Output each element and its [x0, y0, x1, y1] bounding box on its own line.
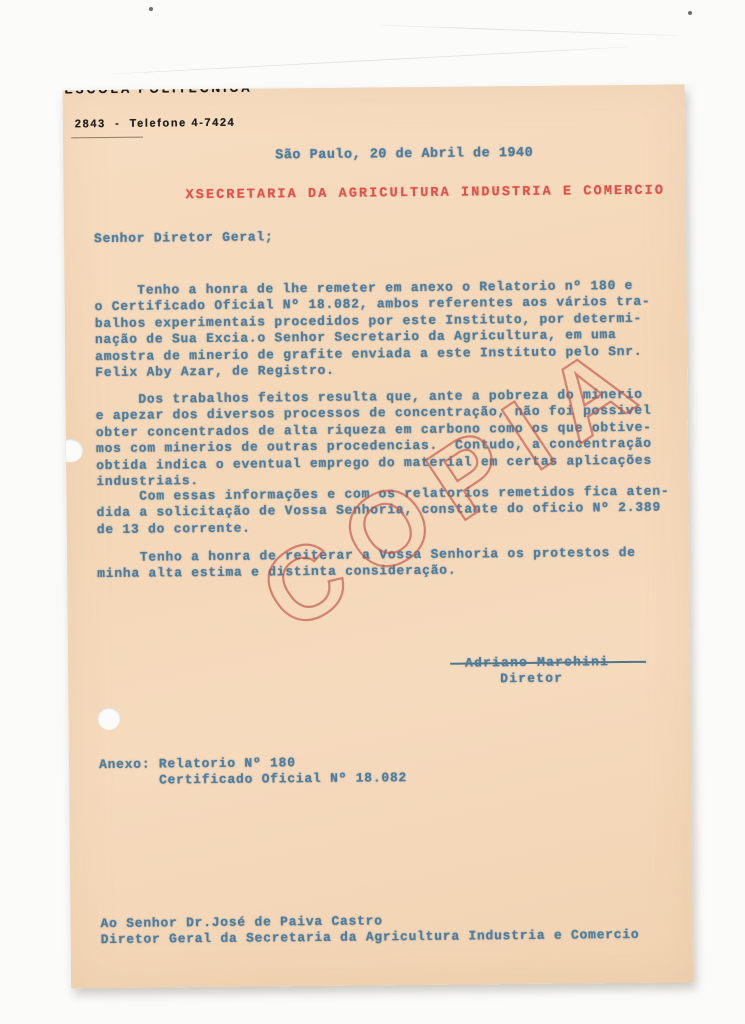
scanned-letter-page: ESCOLA POLITECNICA 2843 - Telefone 4-742… [63, 84, 694, 988]
body-paragraph-2: Dos trabalhos feitos resulta que, ante a… [95, 387, 652, 491]
letterhead-underline [71, 137, 143, 139]
salutation: Senhor Diretor Geral; [94, 229, 274, 247]
letterhead: ESCOLA POLITECNICA [65, 89, 253, 99]
scanner-streak [380, 25, 680, 36]
addressee-block: Ao Senhor Dr.José de Paiva Castro Direto… [100, 911, 639, 949]
punch-hole [97, 707, 120, 730]
letterhead-phone: 2843 - Telefone 4-7424 [75, 117, 236, 131]
punch-hole [63, 438, 84, 462]
date-line: São Paulo, 20 de Abril de 1940 [275, 146, 533, 165]
subject-heading: XSECRETARIA DA AGRICULTURA INDUSTRIA E C… [186, 184, 666, 204]
scanner-speck [688, 11, 692, 15]
body-paragraph-3: Com essas informações e com os relatorio… [96, 484, 669, 539]
body-paragraph-1: Tenho a honra de lhe remeter em anexo o … [94, 278, 651, 382]
signature-name: Adriano Marchini [465, 654, 609, 672]
letterhead-institution: ESCOLA POLITECNICA [65, 89, 253, 97]
scanner-streak [110, 46, 629, 74]
scanner-speck [149, 7, 153, 11]
body-paragraph-4: Tenho a honra de reiterar a Vossa Senhor… [97, 545, 636, 583]
attachments-note: Anexo: Relatorio Nº 180 Certificado Ofic… [99, 754, 407, 790]
signature-title: Diretor [500, 671, 563, 688]
